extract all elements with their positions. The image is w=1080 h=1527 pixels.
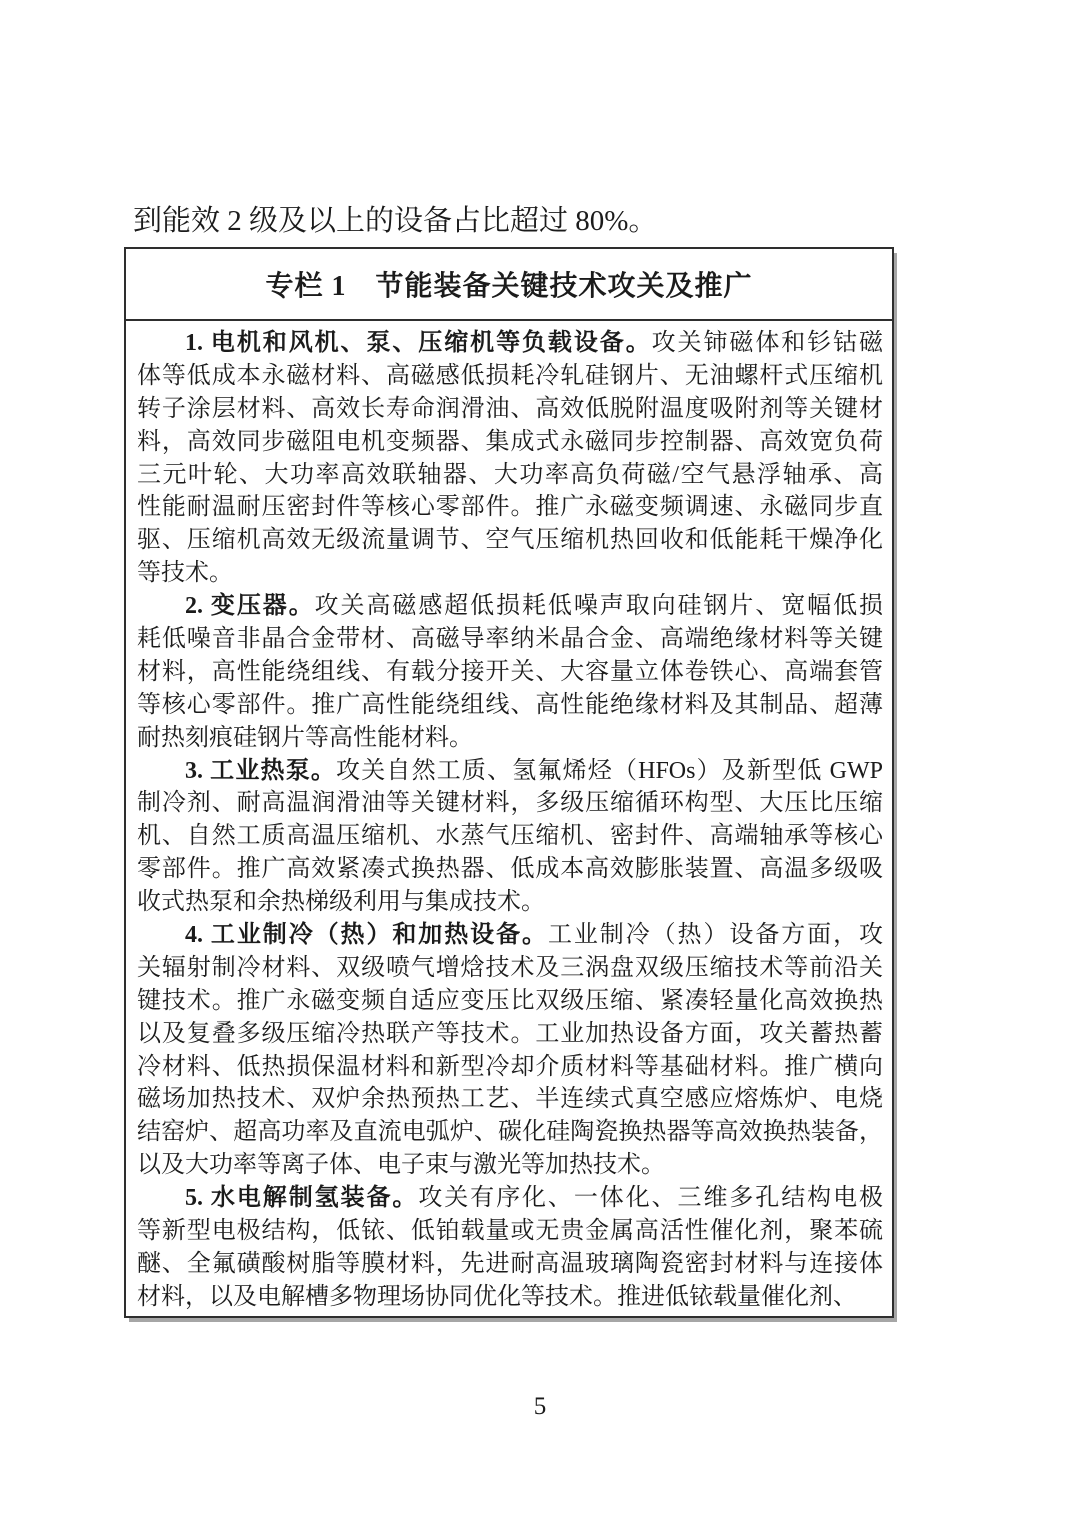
text-line: 1. 电机和风机、泵、压缩机等负载设备。攻关铈磁体和钐钴磁 — [137, 327, 883, 360]
paragraph-lead: 5. 水电解制氢装备。 — [185, 1185, 418, 1211]
text-line: 材料，以及电解槽多物理场协同优化等技术。推进低铱载量催化剂、 — [137, 1281, 883, 1314]
page-number: 5 — [0, 1393, 1080, 1421]
paragraph-lead: 1. 电机和风机、泵、压缩机等负载设备。 — [185, 330, 652, 356]
paragraph-lead-rest: 攻关自然工质、氢氟烯烃（HFOs）及新型低 GWP — [336, 758, 883, 784]
text-line: 冷材料、低热损保温材料和新型冷却介质材料等基础材料。推广横向 — [137, 1051, 883, 1084]
text-line: 3. 工业热泵。攻关自然工质、氢氟烯烃（HFOs）及新型低 GWP — [137, 755, 883, 788]
text-line: 收式热泵和余热梯级利用与集成技术。 — [137, 886, 883, 919]
text-line: 关辐射制冷材料、双级喷气增焓技术及三涡盘双级压缩技术等前沿关 — [137, 952, 883, 985]
text-line: 体等低成本永磁材料、高磁感低损耗冷轧硅钢片、无油螺杆式压缩机 — [137, 360, 883, 393]
text-line: 结窑炉、超高功率及直流电弧炉、碳化硅陶瓷换热器等高效换热装备， — [137, 1116, 883, 1149]
text-line: 驱、压缩机高效无级流量调节、空气压缩机热回收和低能耗干燥净化 — [137, 524, 883, 557]
intro-paragraph: 到能效 2 级及以上的设备占比超过 80%。 — [133, 203, 657, 240]
box-title: 专栏 1 节能装备关键技术攻关及推广 — [126, 249, 892, 321]
text-line: 等新型电极结构，低铱、低铂载量或无贵金属高活性催化剂，聚苯硫 — [137, 1215, 883, 1248]
paragraph-lead: 4. 工业制冷（热）和加热设备。 — [185, 922, 548, 948]
text-line: 键技术。推广永磁变频自适应变压比双级压缩、紧凑轻量化高效换热 — [137, 985, 883, 1018]
paragraph-lead-rest: 工业制冷（热）设备方面，攻 — [548, 922, 883, 948]
text-line: 料，高效同步磁阻电机变频器、集成式永磁同步控制器、高效宽负荷 — [137, 426, 883, 459]
text-line: 4. 工业制冷（热）和加热设备。工业制冷（热）设备方面，攻 — [137, 919, 883, 952]
text-line: 制冷剂、耐高温润滑油等关键材料，多级压缩循环构型、大压比压缩 — [137, 787, 883, 820]
text-line: 磁场加热技术、双炉余热预热工艺、半连续式真空感应熔炼炉、电烧 — [137, 1083, 883, 1116]
panel-body: 1. 电机和风机、泵、压缩机等负载设备。攻关铈磁体和钐钴磁体等低成本永磁材料、高… — [126, 321, 892, 1314]
paragraph: 1. 电机和风机、泵、压缩机等负载设备。攻关铈磁体和钐钴磁体等低成本永磁材料、高… — [137, 327, 883, 590]
text-line: 三元叶轮、大功率高效联轴器、大功率高负荷磁/空气悬浮轴承、高 — [137, 459, 883, 492]
paragraph-lead-rest: 攻关铈磁体和钐钴磁 — [652, 330, 883, 356]
paragraph-lead-rest: 攻关有序化、一体化、三维多孔结构电极 — [418, 1185, 883, 1211]
paragraph: 2. 变压器。攻关高磁感超低损耗低噪声取向硅钢片、宽幅低损耗低噪音非晶合金带材、… — [137, 590, 883, 754]
text-line: 以及复叠多级压缩冷热联产等技术。工业加热设备方面，攻关蓄热蓄 — [137, 1018, 883, 1051]
text-line: 2. 变压器。攻关高磁感超低损耗低噪声取向硅钢片、宽幅低损 — [137, 590, 883, 623]
text-line: 转子涂层材料、高效长寿命润滑油、高效低脱附温度吸附剂等关键材 — [137, 393, 883, 426]
paragraph-lead: 2. 变压器。 — [185, 593, 315, 619]
paragraph: 5. 水电解制氢装备。攻关有序化、一体化、三维多孔结构电极等新型电极结构，低铱、… — [137, 1182, 883, 1314]
paragraph: 4. 工业制冷（热）和加热设备。工业制冷（热）设备方面，攻关辐射制冷材料、双级喷… — [137, 919, 883, 1182]
paragraph-lead: 3. 工业热泵。 — [185, 758, 336, 784]
paragraph-lead-rest: 攻关高磁感超低损耗低噪声取向硅钢片、宽幅低损 — [315, 593, 883, 619]
document-page: 到能效 2 级及以上的设备占比超过 80%。 专栏 1 节能装备关键技术攻关及推… — [0, 0, 1080, 1527]
paragraph: 3. 工业热泵。攻关自然工质、氢氟烯烃（HFOs）及新型低 GWP制冷剂、耐高温… — [137, 755, 883, 919]
text-line: 以及大功率等离子体、电子束与激光等加热技术。 — [137, 1149, 883, 1182]
text-line: 机、自然工质高温压缩机、水蒸气压缩机、密封件、高端轴承等核心 — [137, 820, 883, 853]
text-line: 零部件。推广高效紧凑式换热器、低成本高效膨胀装置、高温多级吸 — [137, 853, 883, 886]
text-line: 等技术。 — [137, 557, 883, 590]
text-line: 等核心零部件。推广高性能绕组线、高性能绝缘材料及其制品、超薄 — [137, 689, 883, 722]
text-line: 耐热刻痕硅钢片等高性能材料。 — [137, 722, 883, 755]
feature-box: 专栏 1 节能装备关键技术攻关及推广 1. 电机和风机、泵、压缩机等负载设备。攻… — [124, 247, 894, 1318]
text-line: 5. 水电解制氢装备。攻关有序化、一体化、三维多孔结构电极 — [137, 1182, 883, 1215]
text-line: 耗低噪音非晶合金带材、高磁导率纳米晶合金、高端绝缘材料等关键 — [137, 623, 883, 656]
text-line: 性能耐温耐压密封件等核心零部件。推广永磁变频调速、永磁同步直 — [137, 491, 883, 524]
text-line: 醚、全氟磺酸树脂等膜材料，先进耐高温玻璃陶瓷密封材料与连接体 — [137, 1248, 883, 1281]
text-line: 材料，高性能绕组线、有载分接开关、大容量立体卷铁心、高端套管 — [137, 656, 883, 689]
